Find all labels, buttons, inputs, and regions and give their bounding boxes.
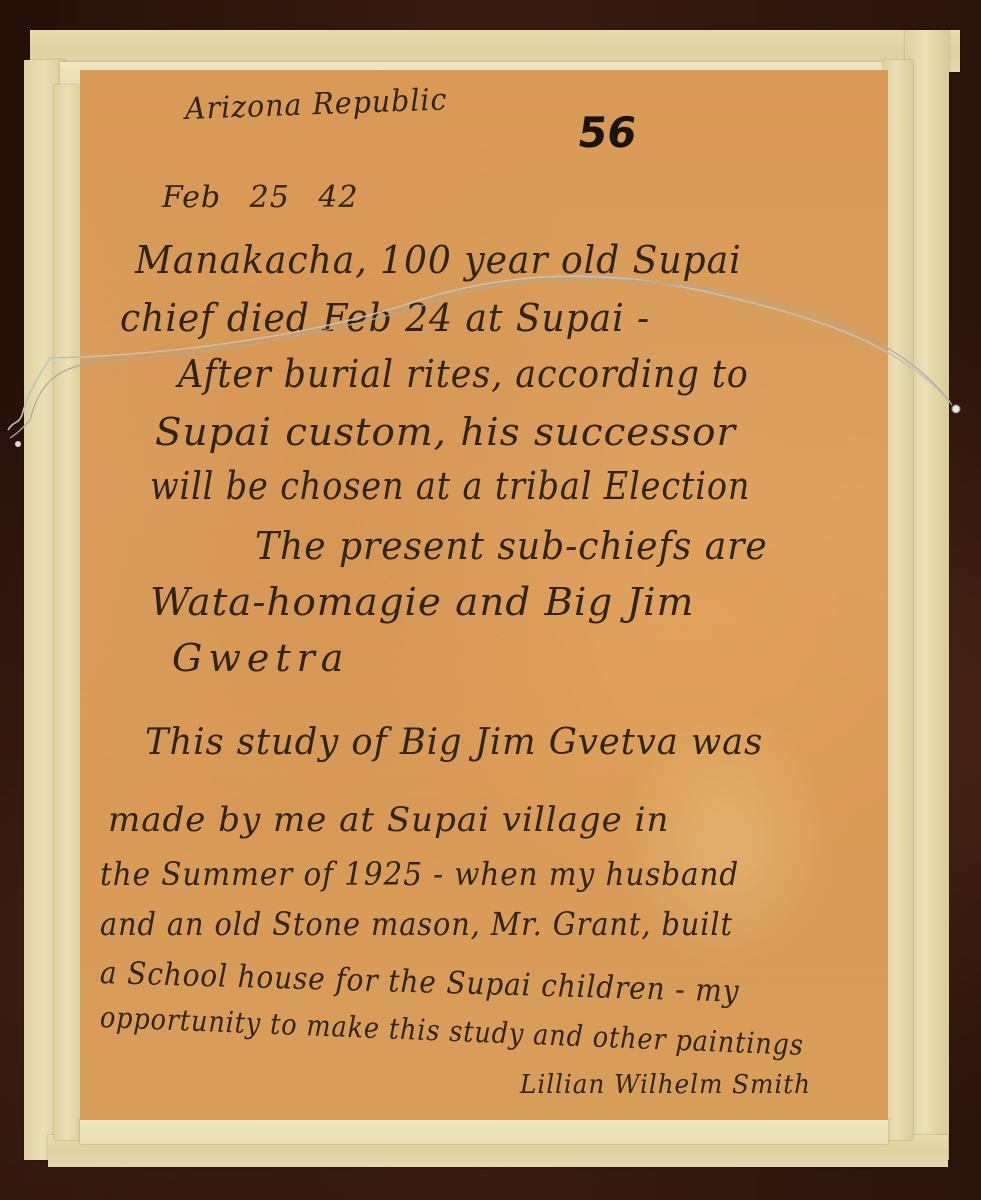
clipping-line: Manakacha, 100 year old Supai	[135, 238, 742, 282]
clipping-line: After burial rites, according to	[178, 352, 749, 396]
signature: Lillian Wilhelm Smith	[520, 1070, 811, 1100]
clipping-line: Gwetra	[172, 636, 349, 680]
note-line: and an old Stone mason, Mr. Grant, built	[100, 905, 733, 943]
clipping-line: The present sub-chiefs are	[255, 524, 768, 568]
clipping-line: Supai custom, his successor	[155, 410, 736, 454]
tape-bottom-inner	[80, 1118, 888, 1144]
clipping-line: will be chosen at a tribal Election	[150, 464, 750, 508]
note-line: This study of Big Jim Gvetva was	[145, 722, 763, 763]
header-date: Feb 25 42	[162, 180, 359, 215]
inventory-number: 56	[575, 108, 640, 157]
note-line: made by me at Supai village in	[108, 800, 669, 840]
note-line: the Summer of 1925 - when my husband	[100, 855, 739, 893]
clipping-line: chief died Feb 24 at Supai -	[120, 296, 650, 340]
clipping-line: Wata-homagie and Big Jim	[150, 580, 694, 624]
